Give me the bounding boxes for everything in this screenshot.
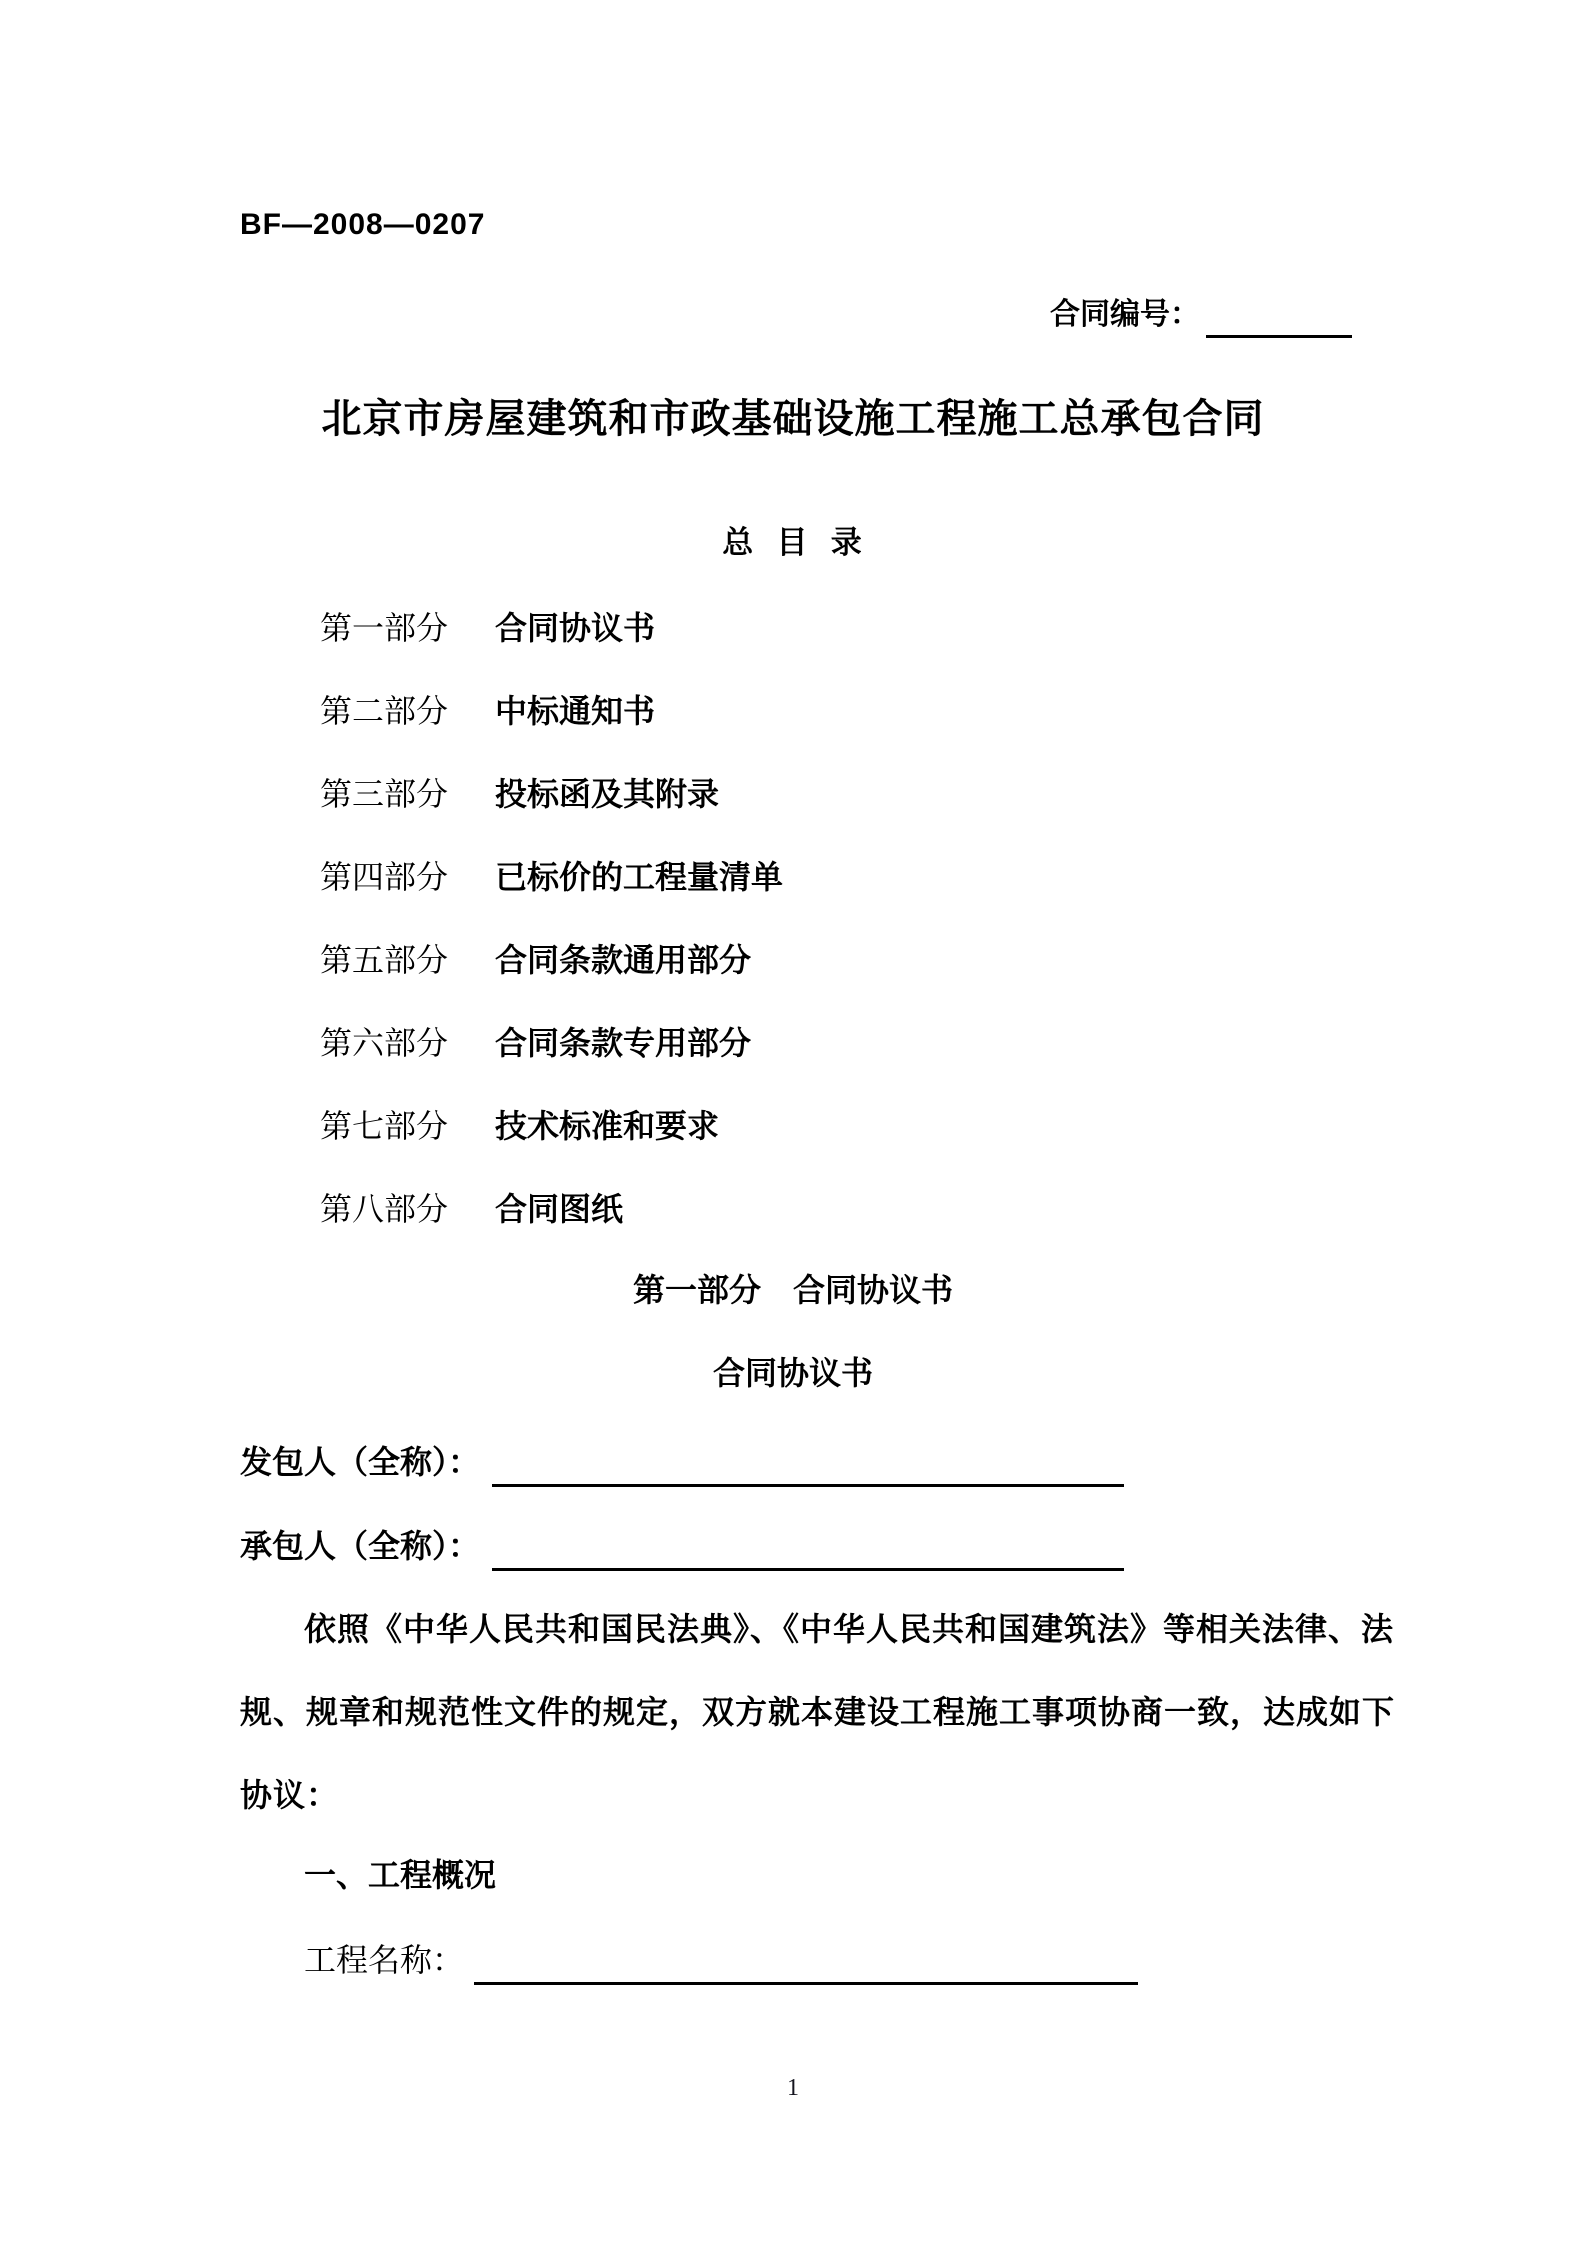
agreement-subheading: 合同协议书 [0,1357,1586,1389]
toc-row-2: 第二部分中标通知书 [320,695,655,727]
toc-row-4: 第四部分已标价的工程量清单 [320,861,783,893]
part1-heading: 第一部分 合同协议书 [0,1274,1586,1306]
page-number: 1 [0,2076,1586,2100]
contract-document-page: BF—2008—0207 合同编号： 北京市房屋建筑和市政基础设施工程施工总承包… [0,0,1586,2244]
contract-number-label: 合同编号： [1050,298,1200,331]
contractor-field-line: 承包人（全称）： [240,1528,1124,1571]
project-name-blank-field [474,1942,1138,1985]
employer-field-line: 发包人（全称）： [240,1444,1124,1487]
clause1-heading: 一、工程概况 [304,1859,496,1891]
toc-part-label: 第五部分 [320,944,495,976]
toc-part-title: 中标通知书 [495,693,655,729]
project-name-label: 工程名称： [304,1942,464,1978]
toc-part-title: 技术标准和要求 [495,1108,719,1144]
toc-part-title: 合同条款专用部分 [495,1025,751,1061]
toc-part-label: 第一部分 [320,612,495,644]
toc-part-label: 第四部分 [320,861,495,893]
preamble-line-2: 规、规章和规范性文件的规定，双方就本建设工程施工事项协商一致，达成如下 [240,1696,1395,1728]
employer-blank-field [492,1444,1124,1487]
contract-number-line: 合同编号： [1050,295,1352,338]
toc-row-8: 第八部分合同图纸 [320,1193,623,1225]
contractor-label: 承包人（全称）： [240,1528,480,1564]
document-title: 北京市房屋建筑和市政基础设施工程施工总承包合同 [0,399,1586,439]
toc-part-label: 第八部分 [320,1193,495,1225]
toc-row-5: 第五部分合同条款通用部分 [320,944,751,976]
form-code: BF—2008—0207 [240,210,485,240]
toc-part-title: 投标函及其附录 [495,776,719,812]
toc-part-title: 合同协议书 [495,610,655,646]
toc-part-label: 第六部分 [320,1027,495,1059]
toc-part-label: 第三部分 [320,778,495,810]
preamble-line-1: 依照《中华人民共和国民法典》、《中华人民共和国建筑法》等相关法律、法 [304,1613,1394,1645]
toc-part-title: 已标价的工程量清单 [495,859,783,895]
toc-row-1: 第一部分合同协议书 [320,612,655,644]
toc-row-7: 第七部分技术标准和要求 [320,1110,719,1142]
contract-number-blank-field [1206,295,1352,338]
preamble-line-3: 协议： [240,1779,339,1811]
toc-part-title: 合同条款通用部分 [495,942,751,978]
project-name-field-line: 工程名称： [304,1942,1138,1985]
toc-part-label: 第二部分 [320,695,495,727]
toc-row-6: 第六部分合同条款专用部分 [320,1027,751,1059]
toc-part-label: 第七部分 [320,1110,495,1142]
toc-row-3: 第三部分投标函及其附录 [320,778,719,810]
toc-heading: 总 目 录 [0,527,1586,558]
contractor-blank-field [492,1528,1124,1571]
employer-label: 发包人（全称）： [240,1444,480,1480]
toc-part-title: 合同图纸 [495,1191,623,1227]
